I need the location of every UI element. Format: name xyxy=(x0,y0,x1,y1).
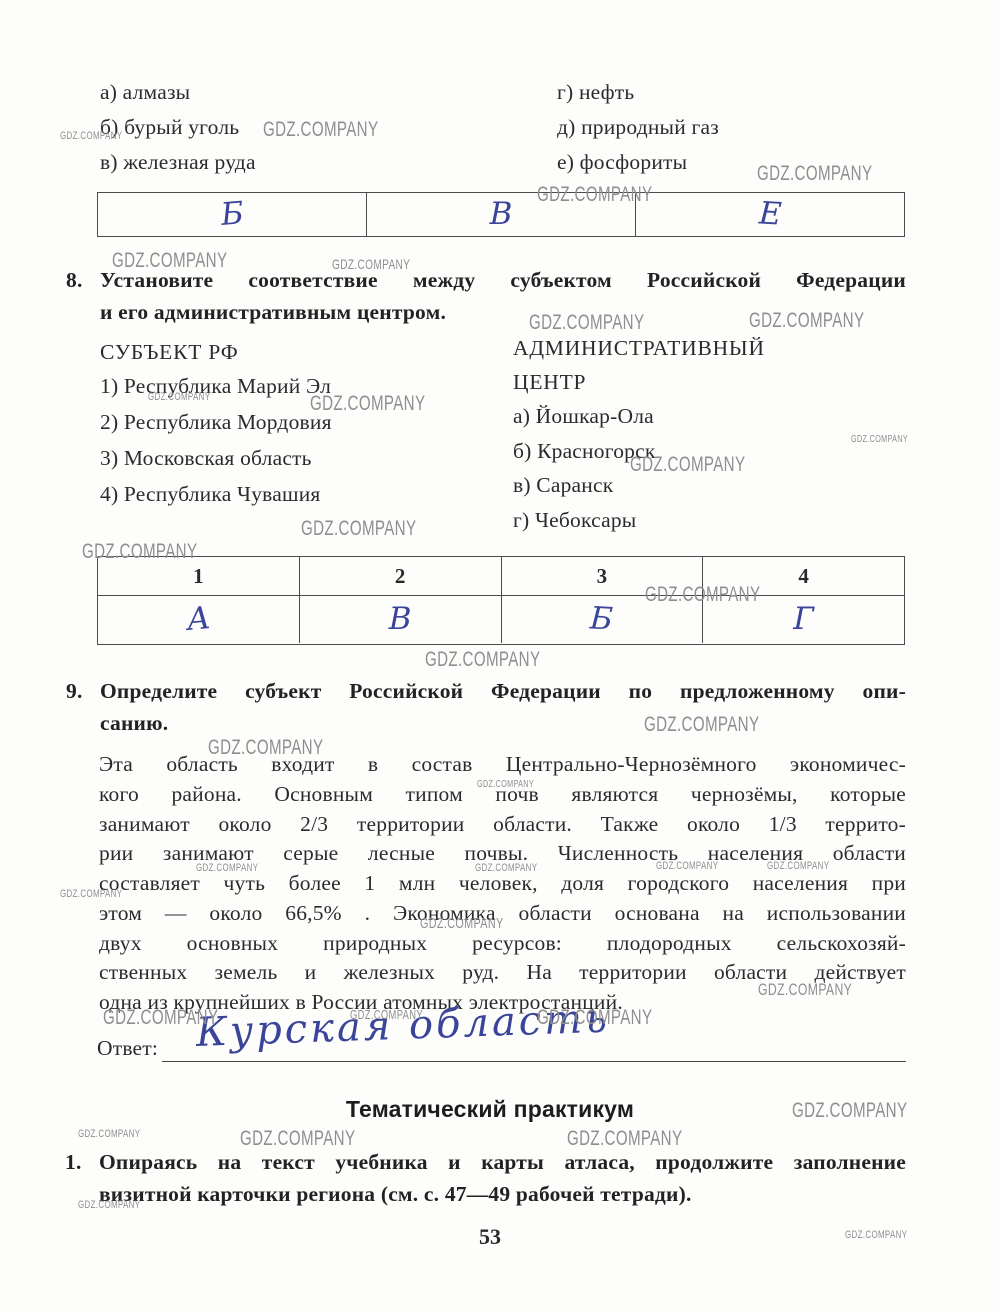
watermark-text: GDZ.COMPANY xyxy=(656,861,718,872)
column-number: 2 xyxy=(395,564,406,589)
option-a: а) алмазы xyxy=(100,80,190,105)
watermark-text: GDZ.COMPANY xyxy=(567,1128,682,1149)
question-9-number: 9. xyxy=(66,679,83,704)
watermark-text: GDZ.COMPANY xyxy=(475,863,537,874)
subject-column-header: СУБЪЕКТ РФ xyxy=(100,340,239,365)
handwritten-answer: Б xyxy=(219,198,244,231)
watermark-text: GDZ.COMPANY xyxy=(208,737,323,758)
watermark-text: GDZ.COMPANY xyxy=(240,1128,355,1149)
column-number: 1 xyxy=(193,564,204,589)
watermark-text: GDZ.COMPANY xyxy=(845,1230,907,1241)
answer-cell-3: Е xyxy=(636,193,904,236)
watermark-text: GDZ.COMPANY xyxy=(78,1200,140,1211)
center-column-header-line1: АДМИНИСТРАТИВНЫЙ xyxy=(513,336,765,361)
question-9-prompt-line2: санию. xyxy=(100,711,168,736)
watermark-text: GDZ.COMPANY xyxy=(529,312,644,333)
handwritten-answer: В xyxy=(389,604,412,635)
subject-item-1: 1) Республика Марий Эл xyxy=(100,374,331,399)
watermark-text: GDZ.COMPANY xyxy=(477,780,534,790)
description-line-5: составляет чуть более 1 млн человек, дол… xyxy=(99,871,906,896)
answer-underline xyxy=(162,1061,906,1062)
center-column-header-line2: ЦЕНТР xyxy=(513,370,586,395)
answer-table-q8: 1 2 3 4 А В Б Г xyxy=(97,556,905,645)
table-header-row: 1 2 3 4 xyxy=(98,557,904,596)
question-8-prompt-line2: и его административным центром. xyxy=(100,300,446,325)
watermark-text: GDZ.COMPANY xyxy=(644,714,759,735)
section-title: Тематический практикум xyxy=(86,1096,894,1123)
watermark-text: GDZ.COMPANY xyxy=(420,916,504,931)
center-item-a: а) Йошкар-Ола xyxy=(513,404,654,429)
handwritten-answer: Г xyxy=(793,604,814,635)
watermark-text: GDZ.COMPANY xyxy=(60,131,122,142)
watermark-text: GDZ.COMPANY xyxy=(851,435,908,445)
watermark-text: GDZ.COMPANY xyxy=(148,392,210,403)
page-number: 53 xyxy=(86,1224,894,1250)
practicum-q1-line2: визитной карточки региона (см. с. 47—49 … xyxy=(99,1182,692,1207)
watermark-text: GDZ.COMPANY xyxy=(792,1100,907,1121)
subject-item-4: 4) Республика Чувашия xyxy=(100,482,321,507)
option-v: в) железная руда xyxy=(100,150,256,175)
option-e: е) фосфориты xyxy=(557,150,687,175)
option-g: г) нефть xyxy=(557,80,634,105)
watermark-text: GDZ.COMPANY xyxy=(332,257,410,271)
watermark-text: GDZ.COMPANY xyxy=(767,861,829,872)
watermark-text: GDZ.COMPANY xyxy=(425,649,540,670)
answer-cell-2: В xyxy=(300,596,502,643)
watermark-text: GDZ.COMPANY xyxy=(78,1129,140,1140)
handwritten-answer: А xyxy=(185,603,211,636)
center-item-v: в) Саранск xyxy=(513,473,613,498)
description-line-7: двух основных природных ресурсов: плодор… xyxy=(99,931,906,956)
center-item-g: г) Чебоксары xyxy=(513,508,636,533)
answer-cell-1: Б xyxy=(98,193,367,236)
watermark-text: GDZ.COMPANY xyxy=(537,1007,652,1028)
watermark-text: GDZ.COMPANY xyxy=(263,119,378,140)
watermark-text: GDZ.COMPANY xyxy=(112,250,227,271)
answer-table-q7: Б В Е xyxy=(97,192,905,237)
watermark-text: GDZ.COMPANY xyxy=(60,889,122,900)
description-line-3: занимают около 2/3 территории области. Т… xyxy=(99,812,906,837)
column-number: 4 xyxy=(798,564,809,589)
handwritten-answer: Е xyxy=(758,198,782,230)
watermark-text: GDZ.COMPANY xyxy=(537,184,652,205)
question-8-number: 8. xyxy=(66,268,83,293)
watermark-text: GDZ.COMPANY xyxy=(310,393,425,414)
question-9-prompt-line1: Определите субъект Российской Федерации … xyxy=(100,679,906,704)
header-cell-2: 2 xyxy=(300,557,502,595)
answer-label: Ответ: xyxy=(97,1036,158,1061)
watermark-text: GDZ.COMPANY xyxy=(301,518,416,539)
watermark-text: GDZ.COMPANY xyxy=(82,541,197,562)
practicum-q1-number: 1. xyxy=(65,1150,82,1175)
watermark-text: GDZ.COMPANY xyxy=(645,584,760,605)
subject-item-3: 3) Московская область xyxy=(100,446,312,471)
watermark-text: GDZ.COMPANY xyxy=(350,1008,423,1021)
watermark-text: GDZ.COMPANY xyxy=(103,1007,218,1028)
practicum-q1-line1: Опираясь на текст учебника и карты атлас… xyxy=(99,1150,906,1175)
watermark-text: GDZ.COMPANY xyxy=(749,310,864,331)
subject-item-2: 2) Республика Мордовия xyxy=(100,410,332,435)
answer-cell-1: А xyxy=(98,596,300,643)
column-number: 3 xyxy=(597,564,608,589)
watermark-text: GDZ.COMPANY xyxy=(630,454,745,475)
table-answer-row: А В Б Г xyxy=(98,596,904,643)
watermark-text: GDZ.COMPANY xyxy=(757,163,872,184)
option-d: д) природный газ xyxy=(557,115,719,140)
workbook-page: GDZ.COMPANYGDZ.COMPANYGDZ.COMPANYGDZ.COM… xyxy=(0,0,1000,1313)
handwritten-answer: В xyxy=(490,199,513,230)
watermark-text: GDZ.COMPANY xyxy=(196,863,258,874)
handwritten-answer: Б xyxy=(590,603,614,635)
watermark-text: GDZ.COMPANY xyxy=(758,981,852,998)
